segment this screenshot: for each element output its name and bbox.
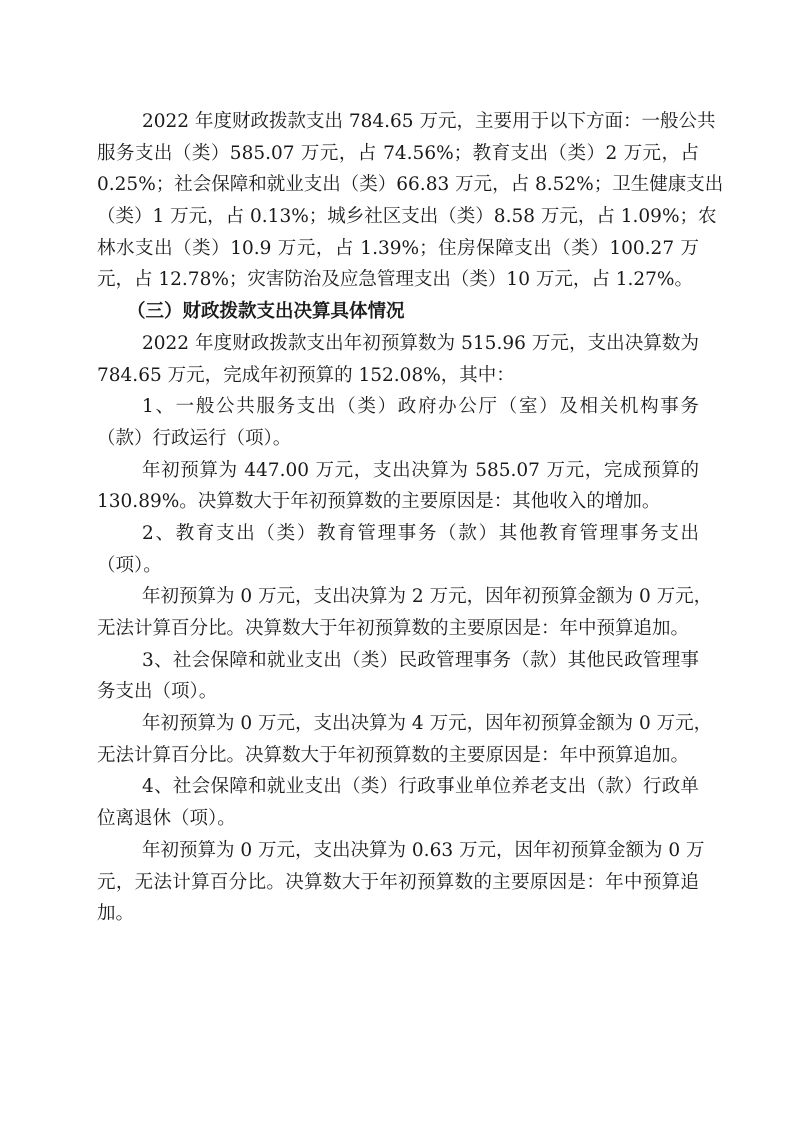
text-line: 位离退休（项）。 <box>97 803 699 835</box>
text-line: 元，无法计算百分比。决算数大于年初预算数的主要原因是：年中预算追 <box>97 867 699 899</box>
paragraph-item-4-title: 4、社会保障和就业支出（类）行政事业单位养老支出（款）行政单 位离退休（项）。 <box>97 771 699 834</box>
text-line: 2022 年度财政拨款支出年初预算数为 515.96 万元，支出决算数为 <box>97 328 699 360</box>
section-heading: （三）财政拨款支出决算具体情况 <box>97 296 699 328</box>
text-line: 年初预算为 0 万元，支出决算为 0.63 万元，因年初预算金额为 0 万 <box>97 835 699 867</box>
text-line: 2022 年度财政拨款支出 784.65 万元，主要用于以下方面：一般公共 <box>97 106 699 138</box>
text-line: 年初预算为 0 万元，支出决算为 4 万元，因年初预算金额为 0 万元， <box>97 708 699 740</box>
paragraph-item-1-detail: 年初预算为 447.00 万元，支出决算为 585.07 万元，完成预算的 13… <box>97 455 699 518</box>
text-line: 林水支出（类）10.9 万元，占 1.39%；住房保障支出（类）100.27 万 <box>97 233 699 265</box>
text-line: 4、社会保障和就业支出（类）行政事业单位养老支出（款）行政单 <box>97 771 699 803</box>
text-line: 无法计算百分比。决算数大于年初预算数的主要原因是：年中预算追加。 <box>97 613 699 645</box>
paragraph-item-4-detail: 年初预算为 0 万元，支出决算为 0.63 万元，因年初预算金额为 0 万 元，… <box>97 835 699 930</box>
paragraph-item-3-detail: 年初预算为 0 万元，支出决算为 4 万元，因年初预算金额为 0 万元， 无法计… <box>97 708 699 771</box>
text-line: 年初预算为 0 万元，支出决算为 2 万元，因年初预算金额为 0 万元， <box>97 581 699 613</box>
text-line: 元，占 12.78%；灾害防治及应急管理支出（类）10 万元，占 1.27%。 <box>97 264 699 296</box>
text-line: 3、社会保障和就业支出（类）民政管理事务（款）其他民政管理事 <box>97 645 699 677</box>
paragraph-item-2-detail: 年初预算为 0 万元，支出决算为 2 万元，因年初预算金额为 0 万元， 无法计… <box>97 581 699 644</box>
text-line: （款）行政运行（项）。 <box>97 423 699 455</box>
text-line: 0.25%；社会保障和就业支出（类）66.83 万元，占 8.52%；卫生健康支… <box>97 169 699 201</box>
text-line: 务支出（项）。 <box>97 676 699 708</box>
text-line: 服务支出（类）585.07 万元，占 74.56%；教育支出（类）2 万元，占 <box>97 138 699 170</box>
text-line: 无法计算百分比。决算数大于年初预算数的主要原因是：年中预算追加。 <box>97 740 699 772</box>
text-line: 加。 <box>97 898 699 930</box>
paragraph-budget-overview: 2022 年度财政拨款支出年初预算数为 515.96 万元，支出决算数为 784… <box>97 328 699 391</box>
paragraph-expenditure-summary: 2022 年度财政拨款支出 784.65 万元，主要用于以下方面：一般公共 服务… <box>97 106 699 296</box>
paragraph-item-2-title: 2、教育支出（类）教育管理事务（款）其他教育管理事务支出 （项）。 <box>97 518 699 581</box>
text-line: （项）。 <box>97 550 699 582</box>
paragraph-item-1-title: 1、一般公共服务支出（类）政府办公厅（室）及相关机构事务 （款）行政运行（项）。 <box>97 391 699 454</box>
text-line: 2、教育支出（类）教育管理事务（款）其他教育管理事务支出 <box>97 518 699 550</box>
text-line: 130.89%。决算数大于年初预算数的主要原因是：其他收入的增加。 <box>97 486 699 518</box>
paragraph-item-3-title: 3、社会保障和就业支出（类）民政管理事务（款）其他民政管理事 务支出（项）。 <box>97 645 699 708</box>
text-line: 784.65 万元，完成年初预算的 152.08%，其中： <box>97 360 699 392</box>
text-line: （类）1 万元，占 0.13%；城乡社区支出（类）8.58 万元，占 1.09%… <box>97 201 699 233</box>
document-page: 2022 年度财政拨款支出 784.65 万元，主要用于以下方面：一般公共 服务… <box>0 0 793 1122</box>
document-body: 2022 年度财政拨款支出 784.65 万元，主要用于以下方面：一般公共 服务… <box>97 106 699 930</box>
text-line: 1、一般公共服务支出（类）政府办公厅（室）及相关机构事务 <box>97 391 699 423</box>
text-line: 年初预算为 447.00 万元，支出决算为 585.07 万元，完成预算的 <box>97 455 699 487</box>
